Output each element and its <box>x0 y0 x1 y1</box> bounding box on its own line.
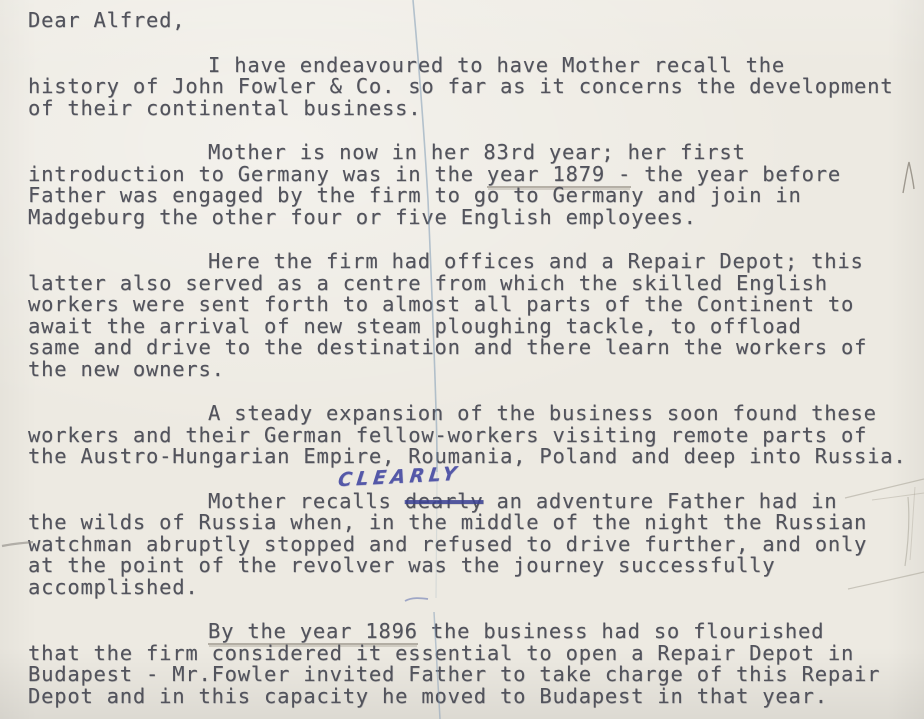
letter-line: Madgeburg the other four or five English… <box>28 207 918 229</box>
letter-line: Budapest - Mr.Fowler invited Father to t… <box>28 664 918 686</box>
text-run: history of John Fowler & Co. so far as i… <box>28 74 893 98</box>
text-run: watchman abruptly stopped and refused to… <box>28 532 867 556</box>
letter-line: Depot and in this capacity he moved to B… <box>28 686 918 708</box>
salutation: Dear Alfred, <box>28 10 918 32</box>
text-run: Mother recalls <box>208 489 405 513</box>
letter-page: Dear Alfred, I have endeavoured to have … <box>0 0 924 719</box>
paragraph: I have endeavoured to have Mother recall… <box>28 55 918 120</box>
text-run: the year before <box>631 162 841 186</box>
text-run: I have endeavoured to have Mother recall… <box>208 53 785 77</box>
text-run: an adventure Father had in <box>483 489 837 513</box>
text-run: Mother is now in her 83rd year; her firs… <box>208 140 746 164</box>
letter-line: watchman abruptly stopped and refused to… <box>28 534 918 556</box>
letter-line: latter also served as a centre from whic… <box>28 273 918 295</box>
text-run: of their continental business. <box>28 96 421 120</box>
text-run: latter also served as a centre from whic… <box>28 271 828 295</box>
text-run: at the point of the revolver was the jou… <box>28 553 775 577</box>
text-run: A steady expansion of the business soon … <box>208 401 877 425</box>
letter-line: Mother is now in her 83rd year; her firs… <box>28 142 918 164</box>
letter-line: A steady expansion of the business soon … <box>28 403 918 425</box>
paragraph: Mother recalls dearly an adventure Fathe… <box>28 491 918 599</box>
letter-line: same and drive to the destination and th… <box>28 337 918 359</box>
letter-line: introduction to Germany was in the year … <box>28 164 918 186</box>
text-run: workers were sent forth to almost all pa… <box>28 292 854 316</box>
letter-line: history of John Fowler & Co. so far as i… <box>28 76 918 98</box>
text-run: Father was engaged by the firm to go to … <box>28 183 802 207</box>
letter-body: Dear Alfred, I have endeavoured to have … <box>28 10 918 707</box>
text-run: Budapest - Mr.Fowler invited Father to t… <box>28 662 880 686</box>
letter-line: of their continental business. <box>28 98 918 120</box>
text-run: that the firm considered it essential to… <box>28 641 854 665</box>
text-run: workers and their German fellow-workers … <box>28 423 867 447</box>
letter-line: at the point of the revolver was the jou… <box>28 555 918 577</box>
text-run: Depot and in this capacity he moved to B… <box>28 684 828 708</box>
text-run: the Austro-Hungarian Empire, Roumania, P… <box>28 444 907 468</box>
strike-blue-segment: dearly <box>405 489 484 513</box>
paragraph: A steady expansion of the business soon … <box>28 403 918 468</box>
letter-line: Father was engaged by the firm to go to … <box>28 185 918 207</box>
letter-line: workers were sent forth to almost all pa… <box>28 294 918 316</box>
letter-line: accomplished. <box>28 577 918 599</box>
text-run: the business had so flourished <box>418 619 824 643</box>
letter-line: the new owners. <box>28 359 918 381</box>
text-run: accomplished. <box>28 575 198 599</box>
letter-line: workers and their German fellow-workers … <box>28 425 918 447</box>
letter-line: By the year 1896 the business had so flo… <box>28 621 918 643</box>
text-run: Madgeburg the other four or five English… <box>28 205 697 229</box>
text-run: Here the firm had offices and a Repair D… <box>208 249 864 273</box>
letter-line: Here the firm had offices and a Repair D… <box>28 251 918 273</box>
paragraph: Here the firm had offices and a Repair D… <box>28 251 918 380</box>
letter-line: the Austro-Hungarian Empire, Roumania, P… <box>28 446 918 468</box>
text-run: introduction to Germany was in the <box>28 162 487 186</box>
text-run: await the arrival of new steam ploughing… <box>28 314 802 338</box>
paragraph: Mother is now in her 83rd year; her firs… <box>28 142 918 228</box>
letter-line: that the firm considered it essential to… <box>28 643 918 665</box>
letter-line: Mother recalls dearly an adventure Fathe… <box>28 491 918 513</box>
paragraph: By the year 1896 the business had so flo… <box>28 621 918 707</box>
text-run: the wilds of Russia when, in the middle … <box>28 510 867 534</box>
letter-line: await the arrival of new steam ploughing… <box>28 316 918 338</box>
letter-line: I have endeavoured to have Mother recall… <box>28 55 918 77</box>
text-run: same and drive to the destination and th… <box>28 335 867 359</box>
letter-line: the wilds of Russia when, in the middle … <box>28 512 918 534</box>
text-run: the new owners. <box>28 357 225 381</box>
